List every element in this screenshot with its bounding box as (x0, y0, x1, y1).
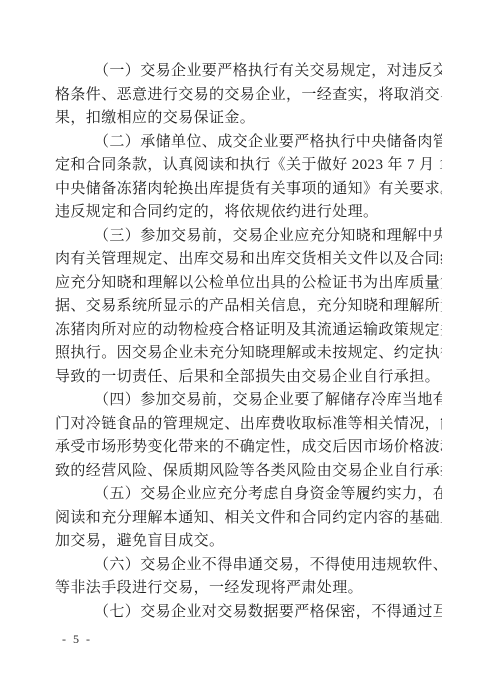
paragraph: （五）交易企业应充分考虑自身资金等履约实力，在认真阅读和充分理解本通知、相关文件… (55, 483, 442, 554)
page-number: - 5 - (62, 632, 92, 647)
paragraph: （四）参加交易前，交易企业要了解储存冷库当地有关部门对冷链食品的管理规定、出库费… (55, 389, 442, 483)
text-line: 导致的一切责任、后果和全部损失由交易企业自行承担。 (55, 366, 442, 390)
text-line: 肉有关管理规定、出库交易和出库交货相关文件以及合同约定， (55, 248, 442, 272)
text-line: 中央储备冻猪肉轮换出库提货有关事项的通知》有关要求。对 (55, 178, 442, 202)
text-line: 违反规定和合同约定的，将依规依约进行处理。 (55, 201, 442, 225)
text-line: 门对冷链食品的管理规定、出库费收取标准等相关情况，能够 (55, 413, 442, 437)
paragraph: （一）交易企业要严格执行有关交易规定，对违反交易资格条件、恶意进行交易的交易企业… (55, 60, 442, 131)
paragraph: （三）参加交易前，交易企业应充分知晓和理解中央储备肉有关管理规定、出库交易和出库… (55, 225, 442, 390)
document-body: （一）交易企业要严格执行有关交易规定，对违反交易资格条件、恶意进行交易的交易企业… (55, 60, 442, 624)
text-line: 承受市场形势变化带来的不确定性，成交后因市场价格波动导 (55, 436, 442, 460)
paragraph: （七）交易企业对交易数据要严格保密，不得通过互联网、 (55, 601, 442, 625)
text-line: 果，扣缴相应的交易保证金。 (55, 107, 442, 131)
text-line: 致的经营风险、保质期风险等各类风险由交易企业自行承担。 (55, 460, 442, 484)
text-line: 冻猪肉所对应的动物检疫合格证明及其流通运输政策规定并遵 (55, 319, 442, 343)
text-line: （六）交易企业不得串通交易，不得使用违规软件、装置 (55, 554, 442, 578)
text-line: 应充分知晓和理解以公检单位出具的公检证书为出库质量凭 (55, 272, 442, 296)
paragraph: （二）承储单位、成交企业要严格执行中央储备肉管理规定和合同条款，认真阅读和执行《… (55, 131, 442, 225)
text-line: 加交易，避免盲目成交。 (55, 530, 442, 554)
text-line: （四）参加交易前，交易企业要了解储存冷库当地有关部 (55, 389, 442, 413)
text-line: 据、交易系统所显示的产品相关信息，充分知晓和理解所竞买 (55, 295, 442, 319)
text-line: 阅读和充分理解本通知、相关文件和合同约定内容的基础上参 (55, 507, 442, 531)
text-line: （二）承储单位、成交企业要严格执行中央储备肉管理规 (55, 131, 442, 155)
text-line: 定和合同条款，认真阅读和执行《关于做好 2023 年 7 月 12 日 (55, 154, 442, 178)
text-line: （三）参加交易前，交易企业应充分知晓和理解中央储备 (55, 225, 442, 249)
text-line: 照执行。因交易企业未充分知晓理解或未按规定、约定执行所 (55, 342, 442, 366)
text-line: （五）交易企业应充分考虑自身资金等履约实力，在认真 (55, 483, 442, 507)
text-line: 等非法手段进行交易，一经发现将严肃处理。 (55, 577, 442, 601)
text-line: 格条件、恶意进行交易的交易企业，一经查实，将取消交易结 (55, 84, 442, 108)
document-page: （一）交易企业要严格执行有关交易规定，对违反交易资格条件、恶意进行交易的交易企业… (0, 0, 494, 700)
text-line: （七）交易企业对交易数据要严格保密，不得通过互联网、 (55, 601, 442, 625)
text-line: （一）交易企业要严格执行有关交易规定，对违反交易资 (55, 60, 442, 84)
paragraph: （六）交易企业不得串通交易，不得使用违规软件、装置等非法手段进行交易，一经发现将… (55, 554, 442, 601)
